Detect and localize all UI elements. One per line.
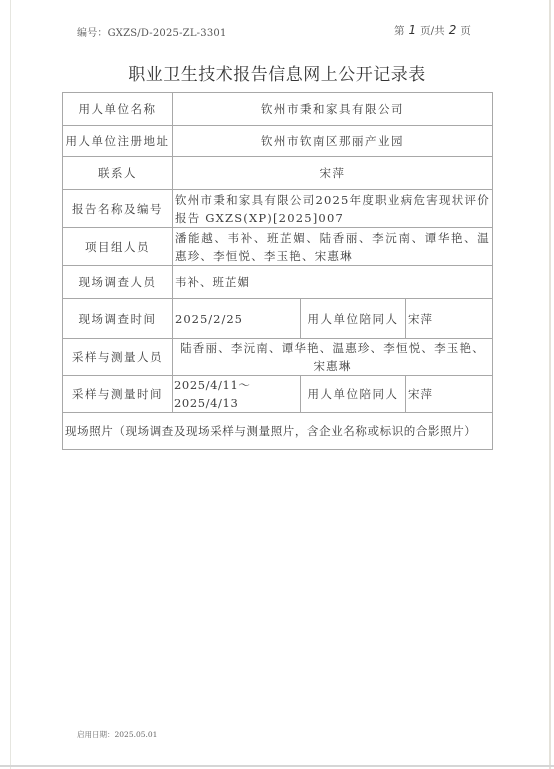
page-current: 1 <box>409 23 417 37</box>
row-report: 报告名称及编号 钦州市秉和家具有限公司2025年度职业病危害现状评价报告 GXZ… <box>63 190 493 228</box>
sampling-companion-label: 用人单位陪同人 <box>301 376 406 413</box>
page-indicator: 第1页/共2页 <box>394 23 471 38</box>
employer-name-value: 钦州市秉和家具有限公司 <box>173 93 493 126</box>
sampling-staff-value: 陆香丽、李沅南、谭华艳、温惠珍、李恒悦、李玉艳、宋惠琳 <box>173 339 493 376</box>
row-employer-name: 用人单位名称 钦州市秉和家具有限公司 <box>63 93 493 126</box>
page-title: 职业卫生技术报告信息网上公开记录表 <box>0 60 554 85</box>
contact-label: 联系人 <box>63 157 173 190</box>
document-number: 编号：GXZS/D-2025-ZL-3301 <box>77 24 227 39</box>
sampling-time-label: 采样与测量时间 <box>63 376 173 413</box>
row-project-team: 项目组人员 潘能越、韦补、班芷媚、陆香丽、李沅南、谭华艳、温惠珍、李恒悦、李玉艳… <box>63 228 493 266</box>
employer-address-value: 钦州市钦南区那丽产业园 <box>173 126 493 157</box>
survey-time-label: 现场调查时间 <box>63 299 173 339</box>
page-suffix: 页 <box>460 25 471 37</box>
contact-value: 宋萍 <box>173 157 493 190</box>
sampling-time-value: 2025/4/11～2025/4/13 <box>173 376 301 413</box>
page-prefix: 第 <box>394 25 405 37</box>
page-total: 2 <box>449 23 457 37</box>
employer-address-label: 用人单位注册地址 <box>63 126 173 157</box>
effective-date: 启用日期：2025.05.01 <box>77 729 157 740</box>
report-label: 报告名称及编号 <box>63 190 173 228</box>
survey-companion-value: 宋萍 <box>406 299 493 339</box>
page-edge-bottom <box>0 765 554 767</box>
row-sampling-time: 采样与测量时间 2025/4/11～2025/4/13 用人单位陪同人 宋萍 <box>63 376 493 413</box>
row-photos: 现场照片（现场调查及现场采样与测量照片，含企业名称或标识的合影照片） <box>63 413 493 450</box>
photos-caption: 现场照片（现场调查及现场采样与测量照片，含企业名称或标识的合影照片） <box>63 413 493 450</box>
row-survey-staff: 现场调查人员 韦补、班芷媚 <box>63 266 493 299</box>
survey-staff-value: 韦补、班芷媚 <box>173 266 493 299</box>
row-sampling-staff: 采样与测量人员 陆香丽、李沅南、谭华艳、温惠珍、李恒悦、李玉艳、宋惠琳 <box>63 339 493 376</box>
record-table: 用人单位名称 钦州市秉和家具有限公司 用人单位注册地址 钦州市钦南区那丽产业园 … <box>62 92 493 450</box>
employer-name-label: 用人单位名称 <box>63 93 173 126</box>
row-employer-address: 用人单位注册地址 钦州市钦南区那丽产业园 <box>63 126 493 157</box>
page-edge-left <box>10 0 11 769</box>
report-value: 钦州市秉和家具有限公司2025年度职业病危害现状评价报告 GXZS(XP)[20… <box>173 190 493 228</box>
project-team-label: 项目组人员 <box>63 228 173 266</box>
project-team-value: 潘能越、韦补、班芷媚、陆香丽、李沅南、谭华艳、温惠珍、李恒悦、李玉艳、宋惠琳 <box>173 228 493 266</box>
survey-staff-label: 现场调查人员 <box>63 266 173 299</box>
row-contact: 联系人 宋萍 <box>63 157 493 190</box>
sampling-companion-value: 宋萍 <box>406 376 493 413</box>
page-edge-right <box>549 0 551 769</box>
row-survey-time: 现场调查时间 2025/2/25 用人单位陪同人 宋萍 <box>63 299 493 339</box>
survey-time-value: 2025/2/25 <box>173 299 301 339</box>
page-middle: 页/共 <box>420 25 445 37</box>
survey-companion-label: 用人单位陪同人 <box>301 299 406 339</box>
sampling-staff-label: 采样与测量人员 <box>63 339 173 376</box>
